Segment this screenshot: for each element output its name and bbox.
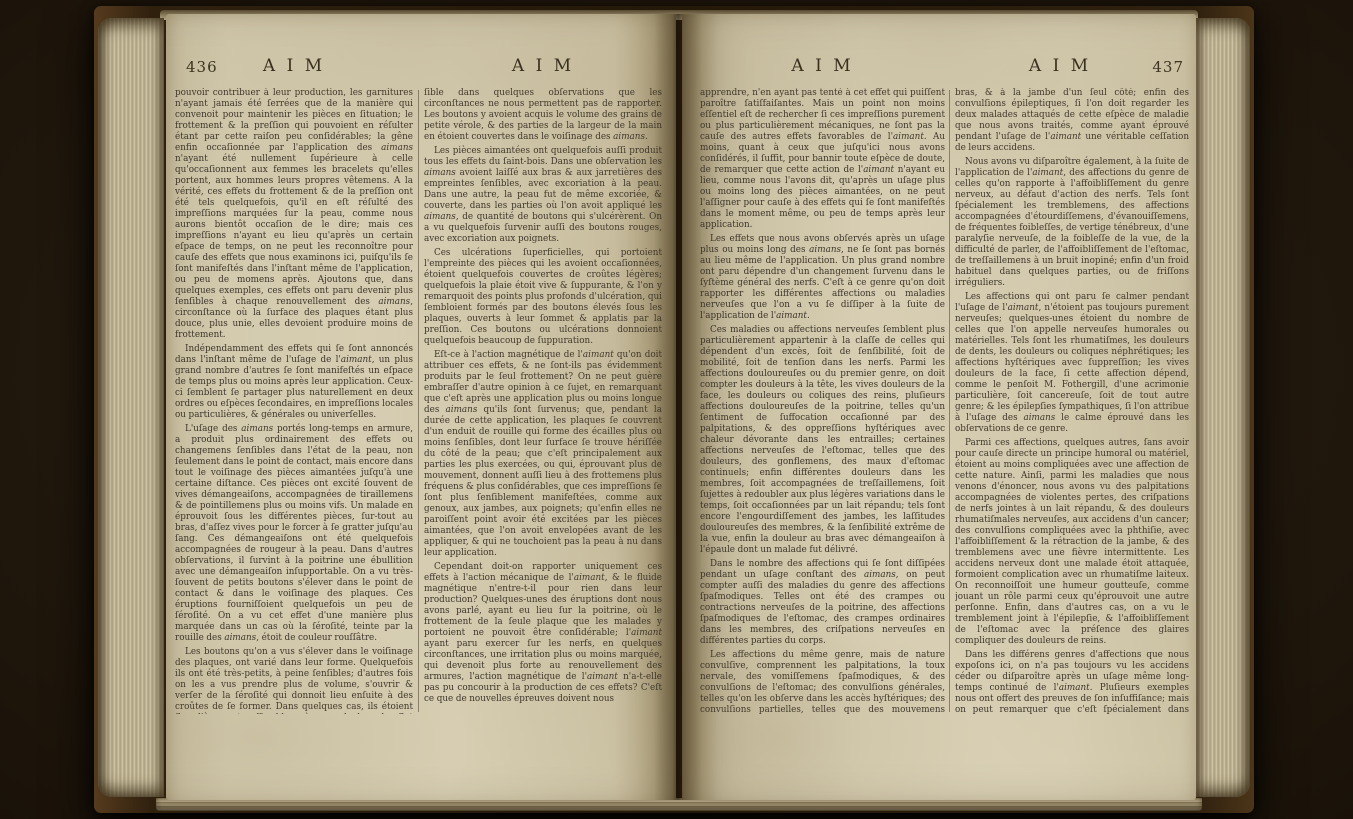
paragraph: Les boutons qu'on a vus s'élever dans le… xyxy=(175,647,413,714)
paragraph: Les pièces aimantées ont quelquefois auſ… xyxy=(424,146,662,245)
fore-edge-right xyxy=(1196,18,1250,797)
right-page: 437 A I M A I M apprendre, n'en ayant pa… xyxy=(682,14,1196,800)
running-head: A I M xyxy=(955,56,1165,76)
paragraph: ſible dans quelques obſervations que les… xyxy=(424,88,662,143)
paragraph: Nous avons vu diſparoître également, à l… xyxy=(955,157,1189,289)
column-divider-rule xyxy=(418,90,419,712)
paragraph: Dans le nombre des affections qui ſe ſon… xyxy=(700,559,945,647)
column-divider-rule xyxy=(949,90,950,712)
text-block: apprendre, n'en ayant pas tenté à cet ef… xyxy=(700,88,1189,714)
text-column: bras, & à la jambe d'un ſeul côté; enfin… xyxy=(955,88,1189,714)
paragraph: bras, & à la jambe d'un ſeul côté; enfin… xyxy=(955,88,1189,154)
paragraph: Les affections du même genre, mais de na… xyxy=(700,650,945,714)
paragraph: Indépendamment des effets qui ſe ſont an… xyxy=(175,344,413,421)
running-head: A I M xyxy=(700,56,945,76)
paragraph: L'uſage des aimans portés long-temps en … xyxy=(175,424,413,644)
paragraph: Ces ulcérations ſuperficielles, qui port… xyxy=(424,248,662,347)
paragraph: Ces maladies ou affections nerveuſes ſem… xyxy=(700,325,945,556)
paragraph: pouvoir contribuer à leur production, le… xyxy=(175,88,413,341)
book-photograph: 436 A I M A I M pouvoir contribuer à leu… xyxy=(0,0,1353,819)
paragraph: Les effets que nous avons obſervés après… xyxy=(700,234,945,322)
running-head: A I M xyxy=(175,56,413,76)
running-head: A I M xyxy=(424,56,662,76)
open-book: 436 A I M A I M pouvoir contribuer à leu… xyxy=(94,6,1254,813)
paragraph: Eſt-ce à l'action magnétique de l'aimant… xyxy=(424,350,662,559)
paragraph: Cependant doit-on rapporter uniquement c… xyxy=(424,562,662,705)
paragraph: apprendre, n'en ayant pas tenté à cet ef… xyxy=(700,88,945,231)
fore-edge-left xyxy=(98,18,164,797)
paragraph: Dans les différens genres d'affections q… xyxy=(955,650,1189,714)
left-page: 436 A I M A I M pouvoir contribuer à leu… xyxy=(166,14,676,800)
paragraph: Parmi ces affections, quelques autres, ſ… xyxy=(955,438,1189,647)
text-column: apprendre, n'en ayant pas tenté à cet ef… xyxy=(700,88,945,714)
text-column: ſible dans quelques obſervations que les… xyxy=(424,88,662,714)
paragraph: Les affections qui ont paru ſe calmer pe… xyxy=(955,292,1189,435)
text-column: pouvoir contribuer à leur production, le… xyxy=(175,88,413,714)
